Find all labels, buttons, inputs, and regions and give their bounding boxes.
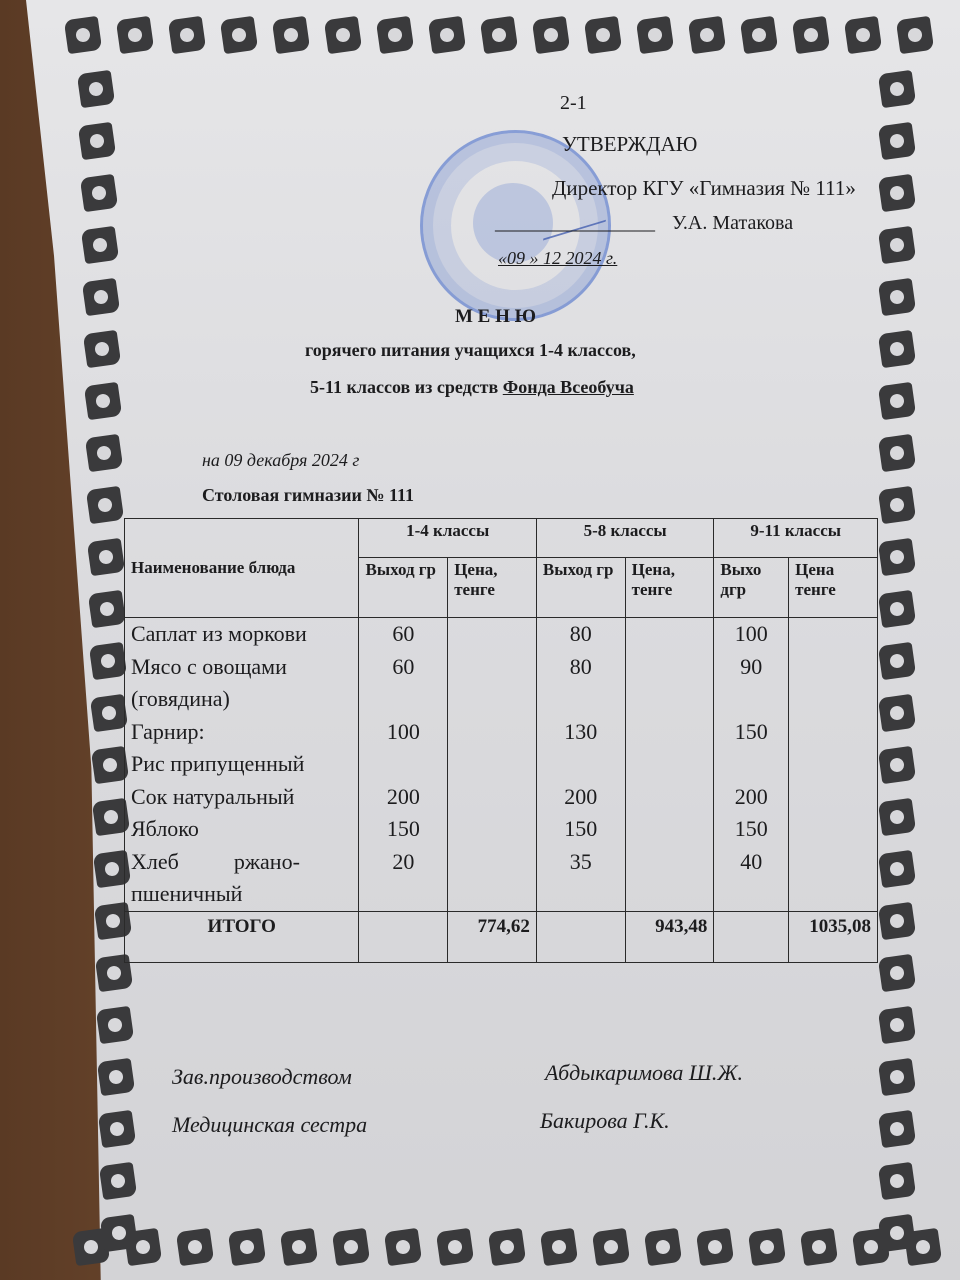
yield-5-8-cell bbox=[536, 683, 625, 716]
price-1-4-cell bbox=[448, 878, 537, 911]
dish-header: Наименование блюда bbox=[125, 519, 359, 618]
table-row: пшеничный bbox=[125, 878, 878, 911]
fund-name: Фонда Всеобуча bbox=[503, 377, 634, 397]
approval-signature-line: ________________ bbox=[495, 212, 655, 235]
yield-5-8-cell: 150 bbox=[536, 813, 625, 846]
dish-cell: пшеничный bbox=[125, 878, 359, 911]
signature-name-2: Бакирова Г.К. bbox=[540, 1108, 670, 1134]
yield-5-8-cell: 80 bbox=[536, 618, 625, 651]
price-1-4-cell bbox=[448, 683, 537, 716]
signature-role-2: Медицинская сестра bbox=[172, 1112, 367, 1138]
yield-1-4-cell: 200 bbox=[359, 781, 448, 814]
menu-table: Наименование блюда 1-4 классы 5-8 классы… bbox=[124, 518, 878, 963]
dish-cell: Саплат из моркови bbox=[125, 618, 359, 651]
yield-9-11-cell: 150 bbox=[714, 813, 789, 846]
price-5-8-cell bbox=[625, 716, 714, 749]
dish-cell: Мясо с овощами bbox=[125, 651, 359, 684]
table-row: Рис припущенный bbox=[125, 748, 878, 781]
yield-9-11-cell bbox=[714, 748, 789, 781]
signature-name-1: Абдыкаримова Ш.Ж. bbox=[545, 1060, 743, 1086]
price-header: Цена, тенге bbox=[448, 558, 537, 618]
yield-1-4-cell: 60 bbox=[359, 618, 448, 651]
price-9-11-cell bbox=[789, 683, 878, 716]
price-5-8-cell bbox=[625, 813, 714, 846]
document-title: М Е Н Ю bbox=[455, 306, 536, 328]
total-row: ИТОГО 774,62 943,48 1035,08 bbox=[125, 911, 878, 962]
price-1-4-cell bbox=[448, 651, 537, 684]
approval-position: Директор КГУ «Гимназия № 111» bbox=[552, 176, 856, 201]
yield-header: Выхо дгр bbox=[714, 558, 789, 618]
price-5-8-cell bbox=[625, 748, 714, 781]
price-9-11-cell bbox=[789, 651, 878, 684]
price-1-4-cell bbox=[448, 781, 537, 814]
document-subtitle-2: 5-11 классов из средств Фонда Всеобуча bbox=[310, 377, 634, 398]
yield-5-8-cell: 35 bbox=[536, 846, 625, 879]
table-row: Саплат из моркови6080100 bbox=[125, 618, 878, 651]
yield-header: Выход гр bbox=[536, 558, 625, 618]
yield-9-11-cell: 200 bbox=[714, 781, 789, 814]
yield-1-4-cell: 150 bbox=[359, 813, 448, 846]
price-9-11-cell bbox=[789, 781, 878, 814]
total-9-11: 1035,08 bbox=[789, 911, 878, 962]
yield-header: Выход гр bbox=[359, 558, 448, 618]
yield-5-8-cell bbox=[536, 748, 625, 781]
yield-9-11-cell bbox=[714, 683, 789, 716]
yield-5-8-cell bbox=[536, 878, 625, 911]
yield-5-8-cell: 130 bbox=[536, 716, 625, 749]
price-1-4-cell bbox=[448, 618, 537, 651]
price-header: Цена, тенге bbox=[625, 558, 714, 618]
price-9-11-cell bbox=[789, 748, 878, 781]
canteen-name: Столовая гимназии № 111 bbox=[202, 485, 414, 506]
price-5-8-cell bbox=[625, 846, 714, 879]
yield-1-4-cell: 20 bbox=[359, 846, 448, 879]
page-number: 2-1 bbox=[560, 92, 587, 115]
yield-5-8-cell: 80 bbox=[536, 651, 625, 684]
dish-cell: Гарнир: bbox=[125, 716, 359, 749]
approval-name: У.А. Матакова bbox=[672, 212, 793, 235]
total-1-4: 774,62 bbox=[448, 911, 537, 962]
table-row: Сок натуральный200200200 bbox=[125, 781, 878, 814]
table-row: (говядина) bbox=[125, 683, 878, 716]
approval-date: «09 » 12 2024 г. bbox=[498, 248, 617, 269]
group-header-5-8: 5-8 классы bbox=[536, 519, 713, 558]
price-1-4-cell bbox=[448, 846, 537, 879]
price-1-4-cell bbox=[448, 748, 537, 781]
dish-cell: Сок натуральный bbox=[125, 781, 359, 814]
price-9-11-cell bbox=[789, 716, 878, 749]
table-row: Мясо с овощами608090 bbox=[125, 651, 878, 684]
signature-role-1: Зав.производством bbox=[172, 1064, 352, 1090]
price-header: Цена тенге bbox=[789, 558, 878, 618]
yield-9-11-cell: 100 bbox=[714, 618, 789, 651]
price-5-8-cell bbox=[625, 781, 714, 814]
price-1-4-cell bbox=[448, 813, 537, 846]
price-5-8-cell bbox=[625, 618, 714, 651]
dish-cell: Яблоко bbox=[125, 813, 359, 846]
dish-cell: Хлеб ржано- bbox=[125, 846, 359, 879]
yield-5-8-cell: 200 bbox=[536, 781, 625, 814]
group-header-1-4: 1-4 классы bbox=[359, 519, 536, 558]
dish-cell: Рис припущенный bbox=[125, 748, 359, 781]
table-row: Хлеб ржано-203540 bbox=[125, 846, 878, 879]
price-9-11-cell bbox=[789, 878, 878, 911]
yield-1-4-cell bbox=[359, 748, 448, 781]
approval-heading: УТВЕРЖДАЮ bbox=[562, 132, 697, 157]
price-1-4-cell bbox=[448, 716, 537, 749]
yield-1-4-cell: 60 bbox=[359, 651, 448, 684]
dish-cell: (говядина) bbox=[125, 683, 359, 716]
yield-9-11-cell: 150 bbox=[714, 716, 789, 749]
yield-9-11-cell bbox=[714, 878, 789, 911]
total-label: ИТОГО bbox=[125, 911, 359, 962]
yield-1-4-cell: 100 bbox=[359, 716, 448, 749]
group-header-9-11: 9-11 классы bbox=[714, 519, 878, 558]
table-row: Яблоко150150150 bbox=[125, 813, 878, 846]
yield-9-11-cell: 40 bbox=[714, 846, 789, 879]
yield-1-4-cell bbox=[359, 878, 448, 911]
price-5-8-cell bbox=[625, 651, 714, 684]
price-9-11-cell bbox=[789, 846, 878, 879]
yield-1-4-cell bbox=[359, 683, 448, 716]
price-5-8-cell bbox=[625, 878, 714, 911]
table-row: Гарнир:100130150 bbox=[125, 716, 878, 749]
yield-9-11-cell: 90 bbox=[714, 651, 789, 684]
menu-date: на 09 декабря 2024 г bbox=[202, 450, 359, 471]
price-9-11-cell bbox=[789, 618, 878, 651]
price-5-8-cell bbox=[625, 683, 714, 716]
price-9-11-cell bbox=[789, 813, 878, 846]
document-subtitle-1: горячего питания учащихся 1-4 классов, bbox=[305, 340, 636, 361]
total-5-8: 943,48 bbox=[625, 911, 714, 962]
